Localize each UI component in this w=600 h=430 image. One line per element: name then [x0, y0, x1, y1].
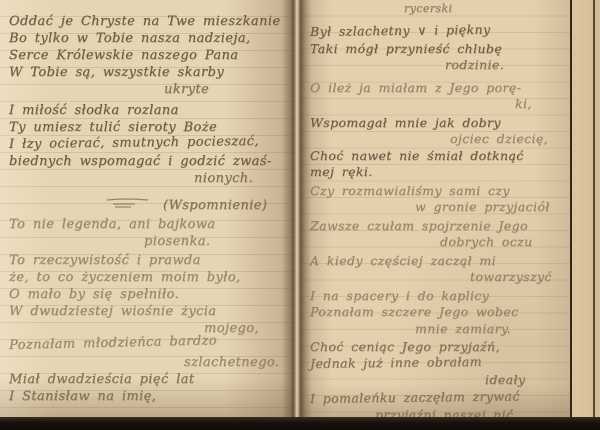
handwritten-line: szlachetnego. — [9, 354, 288, 371]
handwritten-line: że, to co życzeniem moim było, — [9, 269, 288, 286]
notebook-bottom-edge — [0, 417, 600, 430]
handwritten-line: rodzinie. — [310, 57, 566, 74]
handwritten-line: ojciec dziecię, — [310, 131, 566, 148]
handwritten-line: ideały — [310, 372, 566, 389]
handwritten-line: w gronie przyjaciół — [310, 199, 566, 216]
handwritten-line: mej ręki. — [310, 164, 566, 181]
handwritten-line: Serce Królewskie naszego Pana — [9, 47, 288, 64]
handwritten-line: piosenka. — [9, 233, 288, 250]
handwritten-line: towarzyszyć — [310, 269, 566, 286]
handwritten-line: Bo tylko w Tobie nasza nadzieja, — [9, 30, 288, 47]
handwritten-line: To rzeczywistość i prawda — [9, 252, 288, 269]
notebook-photo: Oddać je Chryste na Twe mieszkanie Bo ty… — [0, 0, 600, 430]
handwritten-line: Jednak już inne obrałam — [310, 352, 566, 372]
handwritten-line: I Stanisław na imię, — [9, 388, 288, 405]
page-edges-right — [570, 0, 600, 430]
handwritten-line: O mało by się spełniło. — [9, 286, 288, 303]
handwritten-line: W Tobie są, wszystkie skarby — [9, 64, 288, 81]
left-page: Oddać je Chryste na Twe mieszkanie Bo ty… — [0, 0, 296, 420]
handwritten-line: Oddać je Chryste na Twe mieszkanie — [9, 13, 288, 30]
handwritten-line: ki, — [310, 96, 566, 113]
handwritten-line: W dwudziestej wiośnie życia — [9, 303, 288, 320]
handwritten-line: A kiedy częściej zaczął mi — [310, 253, 566, 270]
handwritten-line: dobrych oczu — [310, 234, 566, 251]
handwritten-line: I na spacery i do kaplicy — [310, 288, 566, 305]
handwritten-line: I pomaleńku zaczęłam zrywać — [310, 387, 566, 407]
handwritten-line: Wspomagał mnie jak dobry — [310, 115, 566, 132]
memoir-heading-row: (Wspomnienie) — [9, 197, 288, 214]
handwritten-line: Był szlachetny ∨ i piękny — [310, 21, 566, 41]
handwritten-line: Poznałam szczere Jego wobec — [310, 304, 566, 321]
handwritten-line: O ileż ja miałam z Jego porę- — [310, 80, 566, 97]
handwritten-line: nionych. — [9, 170, 288, 187]
handwritten-line: biednych wspomagać i godzić zwaś- — [9, 153, 288, 170]
handwritten-line: To nie legenda, ani bajkowa — [9, 216, 288, 233]
handwritten-line: mnie zamiary. — [310, 321, 566, 338]
handwritten-line: Miał dwadzieścia pięć lat — [9, 371, 288, 388]
binding-gutter — [282, 0, 312, 422]
handwritten-line: I łzy ocierać, smutnych pocieszać, — [9, 133, 288, 153]
handwritten-line: Czy rozmawialiśmy sami czy — [310, 183, 566, 200]
divider-squiggle — [105, 197, 149, 214]
handwritten-line: Taki mógł przynieść chlubę — [310, 41, 566, 58]
handwritten-line: Choć nawet nie śmiał dotknąć — [310, 148, 566, 165]
memoir-heading: (Wspomnienie) — [163, 197, 267, 214]
inserted-word: rycerski — [404, 3, 452, 15]
handwritten-line: ukryte — [9, 81, 288, 98]
handwritten-line: Zawsze czułam spojrzenie Jego — [310, 218, 566, 235]
handwritten-line: I miłość słodka rozlana — [9, 102, 288, 119]
right-page: rycerski Był szlachetny ∨ i piękny Taki … — [296, 0, 572, 422]
